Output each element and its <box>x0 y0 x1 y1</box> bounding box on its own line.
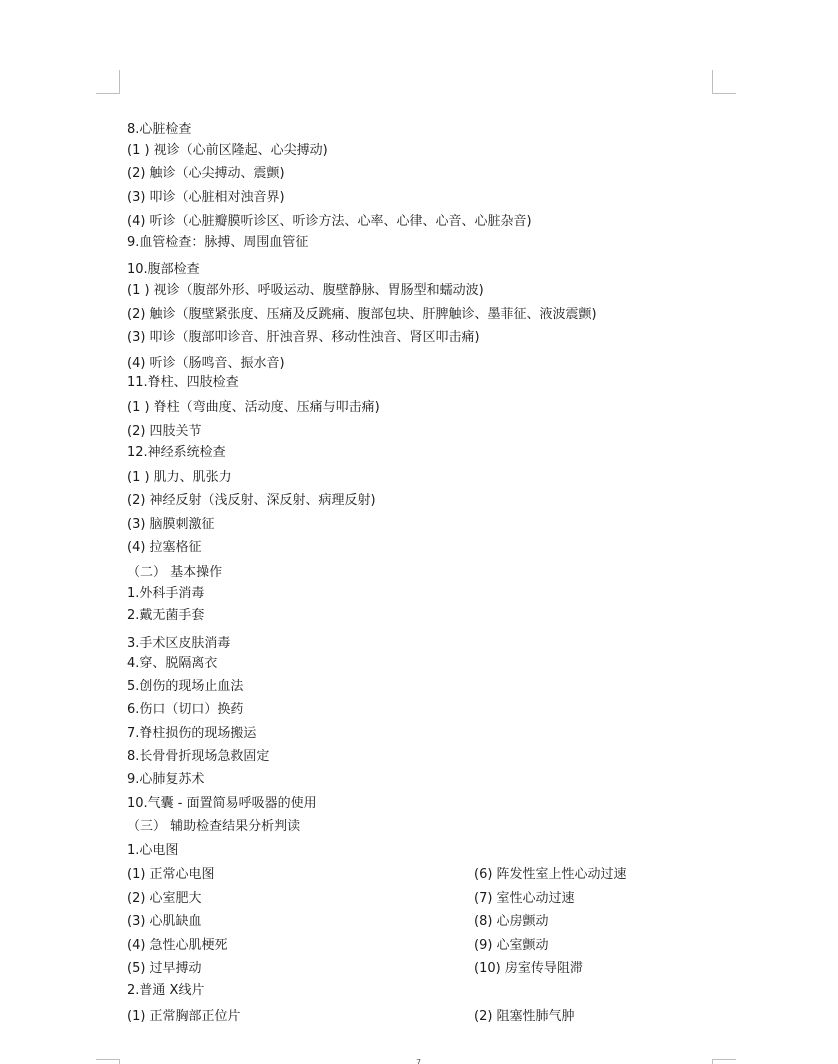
ecg_items-item-right: (6) 阵发性室上性心动过速 <box>474 867 627 883</box>
document-line: 1.外科手消毒 <box>127 586 204 602</box>
document-line: 2.戴无菌手套 <box>127 608 204 624</box>
ecg_items-item-left: (1) 正常心电图 <box>127 867 215 883</box>
document-line: 6.伤口（切口）换药 <box>127 702 243 718</box>
document-line: (3) 脑膜刺激征 <box>127 517 215 533</box>
document-line: (3) 叩诊（腹部叩诊音、肝浊音界、移动性浊音、肾区叩击痛) <box>127 330 480 346</box>
document-line: (2) 四肢关节 <box>127 424 202 440</box>
document-line: 11.脊柱、四肢检查 <box>127 375 239 391</box>
ecg_items-item-right: (9) 心室颤动 <box>474 938 549 954</box>
ecg_items-item-left: (5) 过早搏动 <box>127 961 202 977</box>
ecg_items-item-right: (10) 房室传导阻滞 <box>474 961 583 977</box>
document-line: 5.创伤的现场止血法 <box>127 679 243 695</box>
document-line: 1.心电图 <box>127 843 178 859</box>
document-line: 9.血管检查：脉搏、周围血管征 <box>127 235 308 251</box>
document-line: (2) 触诊（心尖搏动、震颤) <box>127 166 285 182</box>
document-line: 10.腹部检查 <box>127 262 200 278</box>
page-corner-mark-bottom-left <box>96 1059 120 1064</box>
page-corner-mark-bottom-right <box>712 1059 736 1064</box>
document-line: （三） 辅助检查结果分析判读 <box>127 819 300 835</box>
document-line: 3.手术区皮肤消毒 <box>127 636 230 652</box>
document-line: 12.神经系统检查 <box>127 445 226 461</box>
xray-heading: 2.普通 X线片 <box>127 983 204 999</box>
document-line: (1 ) 肌力、肌张力 <box>127 470 232 486</box>
ecg_items-item-left: (3) 心肌缺血 <box>127 914 202 930</box>
document-line: (1 ) 脊柱（弯曲度、活动度、压痛与叩击痛) <box>127 400 380 416</box>
ecg_items-item-left: (2) 心室肥大 <box>127 891 202 907</box>
document-line: 8.心脏检查 <box>127 122 191 138</box>
document-line: （二） 基本操作 <box>127 565 222 581</box>
document-line: 9.心肺复苏术 <box>127 772 204 788</box>
document-line: (4) 拉塞格征 <box>127 540 202 556</box>
document-line: (2) 神经反射（浅反射、深反射、病理反射) <box>127 493 376 509</box>
document-line: (3) 叩诊（心脏相对浊音界) <box>127 190 285 206</box>
document-line: (4) 听诊（肠鸣音、振水音) <box>127 356 285 372</box>
document-line: 7.脊柱损伤的现场搬运 <box>127 726 256 742</box>
xray_items-item-right: (2) 阻塞性肺气肿 <box>474 1009 575 1025</box>
page-corner-mark-top-right <box>712 70 736 94</box>
page-number: 7 <box>416 1058 421 1064</box>
document-line: 8.长骨骨折现场急救固定 <box>127 749 269 765</box>
document-line: 4.穿、脱隔离衣 <box>127 656 217 672</box>
xray_items-item-left: (1) 正常胸部正位片 <box>127 1009 241 1025</box>
document-line: (4) 听诊（心脏瓣膜听诊区、听诊方法、心率、心律、心音、心脏杂音) <box>127 214 532 230</box>
document-line: (1 ) 视诊（腹部外形、呼吸运动、腹壁静脉、胃肠型和蠕动波) <box>127 283 484 299</box>
document-line: (1 ) 视诊（心前区隆起、心尖搏动) <box>127 143 328 159</box>
page-corner-mark-top-left <box>96 70 120 94</box>
ecg_items-item-right: (8) 心房颤动 <box>474 914 549 930</box>
ecg_items-item-right: (7) 室性心动过速 <box>474 891 575 907</box>
document-line: 10.气囊 - 面置简易呼吸器的使用 <box>127 796 317 812</box>
ecg_items-item-left: (4) 急性心肌梗死 <box>127 938 228 954</box>
document-line: (2) 触诊（腹壁紧张度、压痛及反跳痛、腹部包块、肝脾触诊、墨菲征、液波震颤) <box>127 307 597 323</box>
